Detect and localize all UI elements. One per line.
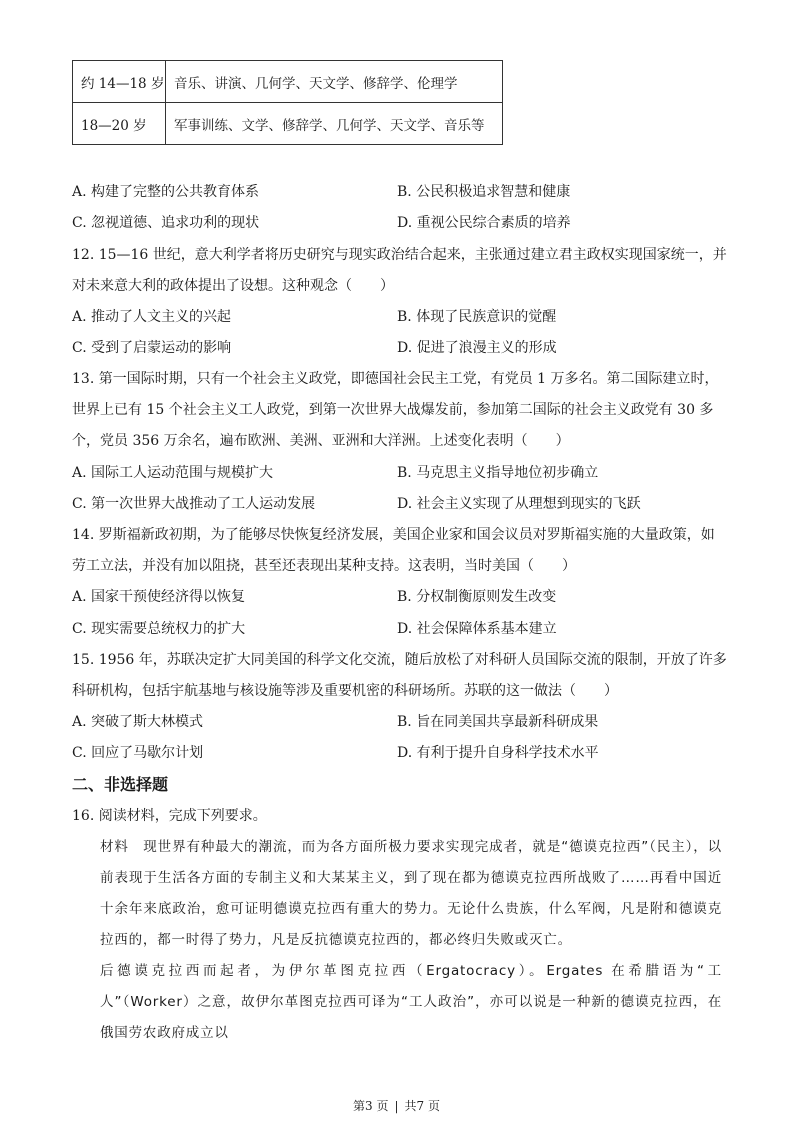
exam-page: 约 14—18 岁 音乐、讲演、几何学、天文学、修辞学、伦理学 18—20 岁 … bbox=[0, 0, 793, 1122]
q13-option-a: A. 国际工人运动范围与规模扩大 bbox=[72, 463, 273, 483]
q15-stem-line2: 科研机构，包括宇航基地与核设施等涉及重要机密的科研场所。苏联的这一做法（ ） bbox=[72, 681, 618, 701]
q16-material: 材料 现世界有种最大的潮流，而为各方面所极力要求实现完成者，就是“德谟克拉西”（… bbox=[72, 832, 722, 1049]
q12-stem-line2: 对未来意大利的政体提出了设想。这种观念（ ） bbox=[72, 276, 394, 296]
q14-option-d: D. 社会保障体系基本建立 bbox=[397, 619, 557, 639]
q14-option-c: C. 现实需要总统权力的扩大 bbox=[72, 619, 245, 639]
q15-option-d: D. 有利于提升自身科学技术水平 bbox=[397, 743, 599, 763]
q11-option-c: C. 忽视道德、追求功利的现状 bbox=[72, 213, 259, 233]
q15-stem-line1: 15. 1956 年，苏联决定扩大同美国的科学文化交流，随后放松了对科研人员国际… bbox=[72, 650, 727, 670]
q15-option-b: B. 旨在同美国共享最新科研成果 bbox=[397, 712, 598, 732]
q12-option-d: D. 促进了浪漫主义的形成 bbox=[397, 338, 557, 358]
q16-stem: 16. 阅读材料，完成下列要求。 bbox=[72, 806, 267, 826]
age-cell: 18—20 岁 bbox=[73, 103, 166, 145]
q11-option-b: B. 公民积极追求智慧和健康 bbox=[397, 182, 570, 202]
curriculum-table: 约 14—18 岁 音乐、讲演、几何学、天文学、修辞学、伦理学 18—20 岁 … bbox=[72, 60, 503, 145]
footer-separator: | bbox=[388, 1099, 404, 1113]
page-total: 共7 页 bbox=[405, 1099, 440, 1113]
subjects-cell: 军事训练、文学、修辞学、几何学、天文学、音乐等 bbox=[166, 103, 503, 145]
q14-option-a: A. 国家干预使经济得以恢复 bbox=[72, 587, 245, 607]
subjects-cell: 音乐、讲演、几何学、天文学、修辞学、伦理学 bbox=[166, 61, 503, 103]
q12-stem-line1: 12. 15—16 世纪，意大利学者将历史研究与现实政治结合起来，主张通过建立君… bbox=[72, 245, 727, 265]
section-heading: 二、非选择题 bbox=[72, 774, 168, 796]
q13-stem-line3: 个，党员 356 万余名，遍布欧洲、美洲、亚洲和大洋洲。上述变化表明（ ） bbox=[72, 431, 570, 451]
q12-option-b: B. 体现了民族意识的觉醒 bbox=[397, 307, 556, 327]
q13-option-d: D. 社会主义实现了从理想到现实的飞跃 bbox=[397, 494, 641, 514]
q13-option-c: C. 第一次世界大战推动了工人运动发展 bbox=[72, 494, 315, 514]
q15-option-a: A. 突破了斯大林模式 bbox=[72, 712, 203, 732]
page-footer: 第3 页|共7 页 bbox=[0, 1097, 793, 1114]
q12-option-a: A. 推动了人文主义的兴起 bbox=[72, 307, 231, 327]
table-row: 约 14—18 岁 音乐、讲演、几何学、天文学、修辞学、伦理学 bbox=[73, 61, 503, 103]
q13-stem-line1: 13. 第一国际时期，只有一个社会主义政党，即德国社会民主工党，有党员 1 万多… bbox=[72, 369, 719, 389]
q14-stem-line2: 劳工立法，并没有加以阻挠，甚至还表现出某种支持。这表明，当时美国（ ） bbox=[72, 556, 576, 576]
age-cell: 约 14—18 岁 bbox=[73, 61, 166, 103]
material-paragraph-2: 后德谟克拉西而起者，为伊尔革图克拉西（Ergatocracy）。Ergates … bbox=[72, 956, 722, 1049]
material-paragraph-1: 材料 现世界有种最大的潮流，而为各方面所极力要求实现完成者，就是“德谟克拉西”（… bbox=[72, 832, 722, 956]
page-number: 第3 页 bbox=[353, 1099, 388, 1113]
q14-stem-line1: 14. 罗斯福新政初期，为了能够尽快恢复经济发展，美国企业家和国会议员对罗斯福实… bbox=[72, 525, 715, 545]
table-row: 18—20 岁 军事训练、文学、修辞学、几何学、天文学、音乐等 bbox=[73, 103, 503, 145]
q13-stem-line2: 世界上已有 15 个社会主义工人政党，到第一次世界大战爆发前，参加第二国际的社会… bbox=[72, 400, 713, 420]
q11-option-d: D. 重视公民综合素质的培养 bbox=[397, 213, 571, 233]
q13-option-b: B. 马克思主义指导地位初步确立 bbox=[397, 463, 598, 483]
q15-option-c: C. 回应了马歇尔计划 bbox=[72, 743, 203, 763]
q12-option-c: C. 受到了启蒙运动的影响 bbox=[72, 338, 231, 358]
q11-option-a: A. 构建了完整的公共教育体系 bbox=[72, 182, 259, 202]
q14-option-b: B. 分权制衡原则发生改变 bbox=[397, 587, 556, 607]
